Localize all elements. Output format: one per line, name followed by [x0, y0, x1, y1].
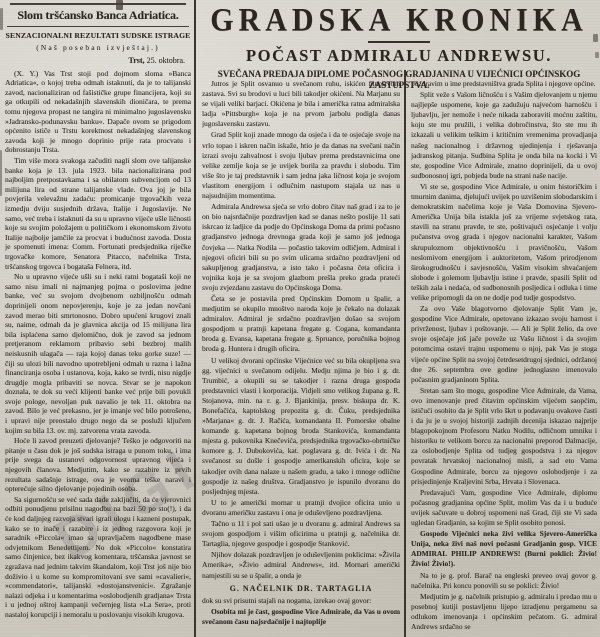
paragraph: Vi ste se, gospodine Vice Admirale, u on… — [411, 182, 597, 303]
left-article-subtitle: SENZACIONALNI REZULTATI SUDSKE ISTRAGE — [5, 31, 191, 40]
paragraph: Hoće li zavod preuzeti djelovanje? Teško… — [5, 436, 191, 494]
paragraph: Jutros je Split osvanuo u svečanom ruhu,… — [202, 79, 400, 129]
section-title: GRADSKA KRONIKA — [200, 3, 598, 40]
chronicle-header: GRADSKA KRONIKA POČAST ADMIRALU ANDREWSU… — [200, 0, 598, 91]
paragraph: (X. Y.) Vas Trst stoji pod dojmom sloma … — [5, 69, 191, 155]
newspaper-page: DIGI Slom tršćansko Banca Adriatica. SEN… — [0, 0, 600, 637]
paragraph: No u upravno vijeće ušli su i neki ratni… — [5, 272, 191, 435]
column-rule-mid — [404, 70, 406, 637]
paragraph: Sretan sam što mogu, gospodine Vice Admi… — [411, 386, 597, 487]
paragraph: Četa se je postavila pred Općinskim Domo… — [202, 294, 400, 355]
chronicle-column-one: Jutros je Split osvanuo u svečanom ruhu,… — [202, 79, 400, 637]
paragraph: Split veže s Vašom ličnošću i s Vašim dj… — [411, 90, 597, 181]
paragraph: Njihov dolazak pozdravljen je oduševljen… — [202, 550, 400, 580]
paragraph: Osobita mi je čast, gospodine Vice Admir… — [202, 607, 400, 627]
left-article-title: Slom tršćansko Banca Adriatica. — [5, 8, 191, 23]
paragraph: Tim više mora svakoga začuditi nagli slo… — [5, 156, 191, 271]
dateline-date: 25. oktobra. — [145, 56, 185, 65]
column-rule-left — [194, 0, 196, 637]
paragraph: Grad Split koji znade mnogo da osjeća i … — [202, 130, 400, 201]
paragraph: U velikoj dvorani općinske Vijećnice već… — [202, 356, 400, 497]
paragraph: dok su svi prisutni stajali na nogama, i… — [202, 596, 400, 606]
paragraph: Predavajući Vam, gospodine Vice Admirale… — [411, 488, 597, 528]
paragraph: Sa sigurnošću se već sada dade zaključit… — [5, 495, 191, 620]
paragraph: U to je američki mornar u pratnji dvojic… — [202, 498, 400, 518]
left-article-body: (X. Y.) Vas Trst stoji pod dojmom sloma … — [5, 69, 191, 620]
left-article-dateline: Trst, 25. oktobra. — [5, 56, 191, 65]
title-rule — [7, 26, 189, 27]
paragraph: Medjutim je g. načelnik pristupio g. adm… — [411, 592, 597, 632]
article-headline: POČAST ADMIRALU ANDREWSU. — [200, 46, 598, 66]
left-article-byline: (Naš poseban izvještaj.) — [5, 43, 191, 52]
left-article-column: Slom tršćansko Banca Adriatica. SENZACIO… — [5, 3, 191, 635]
crosshead: G. NAČELNIK DR. TARTAGLIA — [202, 584, 400, 594]
scan-artifact — [0, 150, 2, 196]
paragraph: pozdravim u ime predstavništva grada Spl… — [411, 79, 597, 89]
paragraph: Gospodo Vijećnici neka živi velika Sjeve… — [411, 529, 597, 569]
paragraph: Tačno u 11 i pol sati ušao je u dvoranu … — [202, 519, 400, 549]
chronicle-column-two: pozdravim u ime predstavništva grada Spl… — [411, 79, 597, 637]
scan-artifact — [0, 8, 3, 30]
paragraph: Admirala Andrewsa sjeća se vrlo dobro či… — [202, 202, 400, 293]
dateline-place: Trst, — [128, 56, 144, 65]
paragraph: Za ovo Vaše blagotvorno djelovanje Split… — [411, 304, 597, 385]
paragraph: Na to je g. prof. Barač na engleski prev… — [411, 571, 597, 591]
top-rule — [10, 3, 186, 5]
headline-rule — [368, 41, 430, 43]
